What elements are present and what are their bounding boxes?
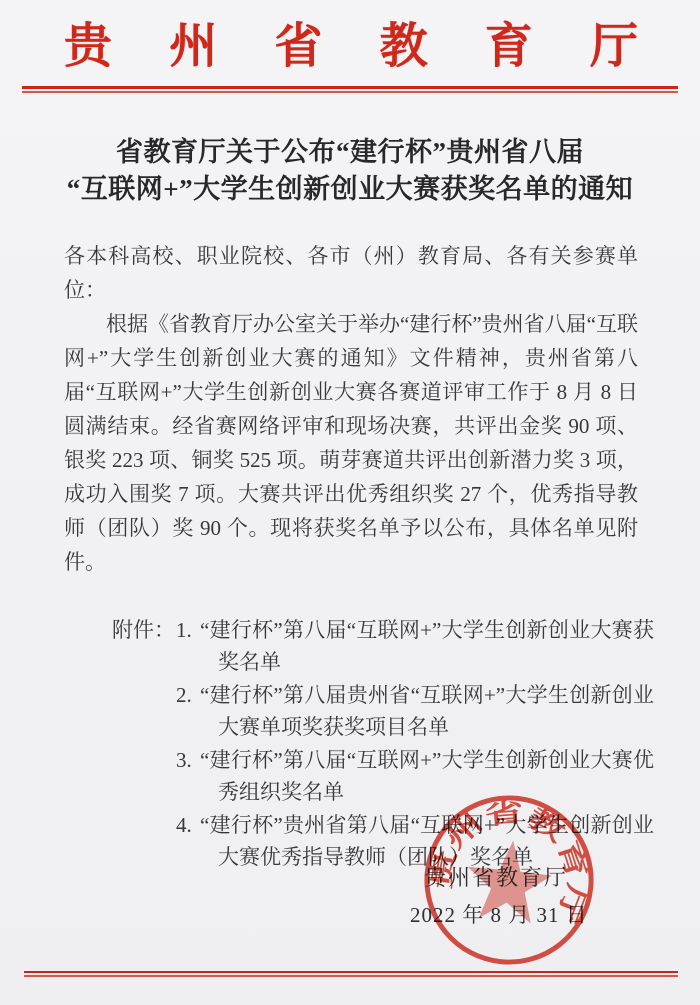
footer-divider-rule bbox=[24, 971, 678, 977]
letterhead-divider-rule bbox=[22, 86, 678, 93]
attachment-text: “建行杯”第八届贵州省“互联网+”大学生创新创业大赛单项奖获奖项目名单 bbox=[200, 679, 654, 743]
org-char: 省 bbox=[274, 16, 322, 78]
rule-line bbox=[24, 975, 678, 977]
org-char: 州 bbox=[169, 16, 217, 78]
document-title: 省教育厅关于公布“建行杯”贵州省八届 “互联网+”大学生创新创业大赛获奖名单的通… bbox=[0, 134, 700, 208]
official-seal-stamp: 贵州省教育厅 bbox=[411, 782, 607, 978]
attachment-text: “建行杯”第八届“互联网+”大学生创新创业大赛获奖名单 bbox=[200, 614, 654, 678]
attachment-number: 2. bbox=[176, 679, 200, 743]
attachments-label: 附件： bbox=[112, 614, 176, 874]
document-body: 各本科高校、职业院校、各市（州）教育局、各有关参赛单位： 根据《省教育厅办公室关… bbox=[64, 239, 638, 579]
attachment-item: 1. “建行杯”第八届“互联网+”大学生创新创业大赛获奖名单 bbox=[176, 614, 660, 678]
salutation-line: 各本科高校、职业院校、各市（州）教育局、各有关参赛单位： bbox=[64, 239, 638, 307]
attachment-item: 2. “建行杯”第八届贵州省“互联网+”大学生创新创业大赛单项奖获奖项目名单 bbox=[176, 679, 660, 743]
seal-star-icon bbox=[463, 836, 556, 925]
org-char: 贵 bbox=[64, 16, 112, 78]
letterhead-org-name: 贵 州 省 教 育 厅 bbox=[64, 16, 638, 78]
document-title-line1: 省教育厅关于公布“建行杯”贵州省八届 bbox=[0, 134, 700, 171]
org-char: 育 bbox=[485, 16, 533, 78]
attachment-number: 4. bbox=[176, 809, 200, 873]
document-title-line2: “互联网+”大学生创新创业大赛获奖名单的通知 bbox=[0, 171, 700, 208]
attachment-number: 3. bbox=[176, 744, 200, 808]
org-char: 厅 bbox=[590, 16, 638, 78]
org-char: 教 bbox=[380, 16, 428, 78]
body-paragraph: 根据《省教育厅办公室关于举办“建行杯”贵州省八届“互联网+”大学生创新创业大赛的… bbox=[64, 307, 638, 579]
attachment-number: 1. bbox=[176, 614, 200, 678]
document-page: 贵 州 省 教 育 厅 省教育厅关于公布“建行杯”贵州省八届 “互联网+”大学生… bbox=[0, 0, 700, 1005]
rule-line bbox=[22, 91, 678, 93]
